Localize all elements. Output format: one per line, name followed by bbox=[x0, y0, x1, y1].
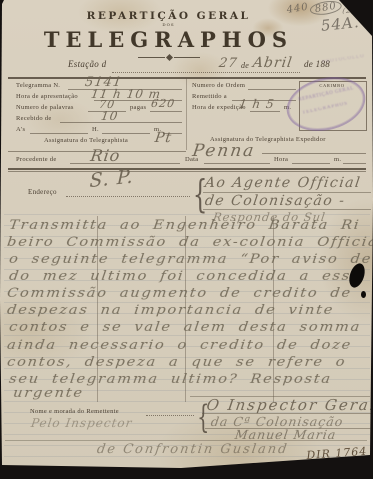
telegramma-n-label: Telegramma N. bbox=[16, 82, 60, 89]
procedente-de-label: Procedente de bbox=[16, 156, 57, 163]
hora-line bbox=[292, 163, 330, 164]
header-divider-ornament bbox=[138, 55, 200, 60]
message-line: seu telegramma ultimo? Resposta bbox=[8, 372, 333, 387]
numero-ordem-label: Numero de Ordem bbox=[192, 82, 245, 89]
recebido-de-label: Recebido de bbox=[16, 115, 52, 122]
station-de-label: de bbox=[241, 61, 249, 70]
hora-label: Hora bbox=[274, 156, 288, 163]
procedente-bottom-rule-1 bbox=[8, 168, 366, 170]
h-line bbox=[102, 133, 150, 134]
endereco-overlay-handwriting: S. P. bbox=[89, 165, 134, 192]
station-label: Estação d bbox=[68, 59, 106, 69]
hora-expedicao-value: 1 h 5 bbox=[238, 97, 276, 111]
recebido-de-value: 10 bbox=[100, 109, 119, 123]
message-line: o seguinte telegramma “Por aviso de 8 bbox=[8, 252, 373, 267]
assignatura-telegraphista-value: Pt bbox=[154, 130, 173, 146]
remettido-a-label: Remettido a bbox=[192, 93, 227, 100]
hora-expedicao-line bbox=[250, 111, 280, 112]
assignatura-expedidor-value: Penna bbox=[191, 141, 257, 161]
message-line: ainda necessario o credito de doze bbox=[6, 338, 353, 353]
field-block-top-rule bbox=[8, 77, 366, 79]
procedente-m-line bbox=[343, 163, 366, 164]
as-label: A's bbox=[16, 126, 25, 133]
telegram-form-sheet: 440 880 (2) 54A. REPARTIÇÃO GERAL DOS TE… bbox=[0, 0, 373, 479]
procedente-bottom-rule-2 bbox=[8, 171, 366, 172]
endereco-leader bbox=[66, 195, 190, 197]
pagas-label: pagas bbox=[130, 104, 146, 111]
form-main-title: TELEGRAPHOS bbox=[0, 27, 337, 52]
procedente-value: Rio bbox=[89, 146, 121, 165]
message-line: Transmitta ao Engenheiro Barata Ri bbox=[8, 218, 361, 233]
numero-ordem-line bbox=[248, 89, 296, 90]
message-line: contos e se vale alem desta somma bbox=[8, 320, 362, 335]
expedidor-signature-line bbox=[262, 153, 366, 154]
procedente-m-label: m. bbox=[334, 156, 341, 163]
remetente-line-1: O Inspector Geral bbox=[205, 396, 373, 414]
station-day-handwriting: 27 bbox=[218, 56, 239, 71]
pagas-value: 620 bbox=[150, 97, 176, 110]
message-line: despezas na importancia de vinte bbox=[6, 303, 335, 318]
recebido-de-line bbox=[60, 122, 182, 123]
pagas-line bbox=[150, 111, 182, 112]
field-block-column-divider bbox=[186, 78, 187, 150]
data-label: Data bbox=[185, 156, 198, 163]
as-line bbox=[30, 133, 88, 134]
remetente-left-note: Pelo Inspector bbox=[30, 416, 133, 430]
assignatura-telegraphista-label: Assignatura do Telegraphista bbox=[44, 137, 128, 144]
remetente-bottom-line: de Confrontin Gusland bbox=[96, 442, 290, 457]
station-month-handwriting: Abril bbox=[252, 55, 294, 71]
data-line bbox=[204, 163, 270, 164]
faint-purple-mark: PROTOCOLLO bbox=[322, 54, 365, 65]
remetente-bottom-rule bbox=[5, 440, 367, 441]
hora-apresentacao-label: Hora de apresentação bbox=[16, 93, 78, 100]
endereco-label: Endereço bbox=[28, 188, 57, 196]
message-line: do mez ultimo foi concedida a essa bbox=[8, 269, 362, 284]
endereco-line-1: Ao Agente Official bbox=[204, 175, 362, 191]
dir-code: DIR 1764 bbox=[306, 445, 368, 462]
message-line: beiro Commissão da ex-colonia Official bbox=[6, 235, 373, 250]
h-label: H. bbox=[92, 126, 99, 133]
remetente-label: Nome e morada do Remettente bbox=[30, 408, 119, 415]
message-line: contos, despeza a que se refere o bbox=[6, 355, 347, 370]
message-line: Commissão augmento de credito de bbox=[6, 286, 353, 301]
form-department-title: REPARTIÇÃO GERAL bbox=[0, 10, 337, 22]
numero-palavras-label: Numero de palavras bbox=[16, 104, 74, 111]
endereco-line-2: de Colonisação - bbox=[204, 193, 347, 209]
station-leader bbox=[112, 71, 300, 73]
message-line: urgente bbox=[12, 386, 85, 401]
ink-speck bbox=[361, 291, 366, 298]
procedente-line bbox=[70, 163, 180, 164]
remetente-leader bbox=[146, 414, 194, 416]
